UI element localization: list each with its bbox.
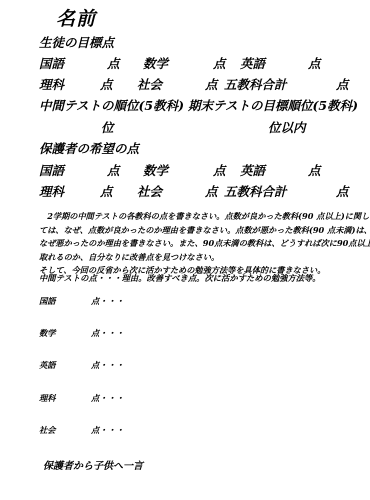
instruction-line: 取れるのか、自分なりに改善点を見つけなさい。 — [39, 251, 359, 265]
subject-label: 英語 — [240, 165, 265, 178]
subject-label: 英語 — [240, 58, 265, 71]
reflection-subject: 理科 — [39, 394, 56, 402]
reflection-subject: 社会 — [39, 426, 56, 434]
subject-label: 国語 — [39, 58, 64, 71]
subject-label: 数学 — [143, 58, 168, 71]
score-unit: 点 — [205, 186, 218, 199]
score-unit: 点 — [107, 165, 120, 178]
score-unit: 点 — [308, 58, 321, 71]
subject-label: 数学 — [143, 165, 168, 178]
instruction-line: 2学期の中間テストの各教科の点を書きなさい。点数が良かった教科(90 点以上)に… — [39, 210, 359, 224]
reflection-subject: 国語 — [39, 297, 56, 305]
final-rank-unit: 位以内 — [268, 122, 306, 135]
score-unit: 点 — [100, 79, 113, 92]
reflection-entry: 点・・・ — [91, 426, 124, 434]
score-unit: 点 — [336, 186, 349, 199]
score-unit: 点 — [213, 165, 226, 178]
instruction-line: なぜ悪かったのか理由を書きなさい。また、90点未満の教科は、どうすれば次に90点… — [39, 237, 359, 251]
instruction-line: ては、なぜ、点数が良かったのか理由を書きなさい。点数が悪かった教科(90 点未満… — [39, 224, 359, 238]
score-unit: 点 — [308, 165, 321, 178]
reflection-subject: 数学 — [39, 329, 56, 337]
reflection-heading: 中間テストの点・・・理由。改善すべき点。次に活かすための勉強方法等。 — [39, 274, 321, 282]
student-goal-heading: 生徒の目標点 — [39, 37, 114, 50]
score-unit: 点 — [213, 58, 226, 71]
parent-goal-heading: 保護者の希望の点 — [39, 143, 139, 156]
score-unit: 点 — [336, 79, 349, 92]
final-goal-rank-label: 期末テストの目標順位(5教科) — [188, 100, 358, 113]
reflection-entry: 点・・・ — [91, 329, 124, 337]
parent-message-heading: 保護者から子供へ一言 — [43, 462, 143, 472]
score-unit: 点 — [107, 58, 120, 71]
reflection-entry: 点・・・ — [91, 361, 124, 369]
subject-label: 社会 — [137, 79, 162, 92]
reflection-entry: 点・・・ — [91, 297, 124, 305]
subject-label: 理科 — [39, 186, 64, 199]
subject-label: 理科 — [39, 79, 64, 92]
instructions-paragraph: 2学期の中間テストの各教科の点を書きなさい。点数が良かった教科(90 点以上)に… — [39, 210, 359, 278]
subject-label: 五教科合計 — [224, 186, 287, 199]
midterm-rank-unit: 位 — [101, 122, 114, 135]
score-unit: 点 — [205, 79, 218, 92]
subject-label: 社会 — [137, 186, 162, 199]
reflection-entry: 点・・・ — [91, 394, 124, 402]
name-label: 名前 — [56, 10, 96, 29]
midterm-rank-label: 中間テストの順位(5教科) — [39, 100, 184, 113]
subject-label: 国語 — [39, 165, 64, 178]
subject-label: 五教科合計 — [224, 79, 287, 92]
reflection-subject: 英語 — [39, 361, 56, 369]
score-unit: 点 — [100, 186, 113, 199]
